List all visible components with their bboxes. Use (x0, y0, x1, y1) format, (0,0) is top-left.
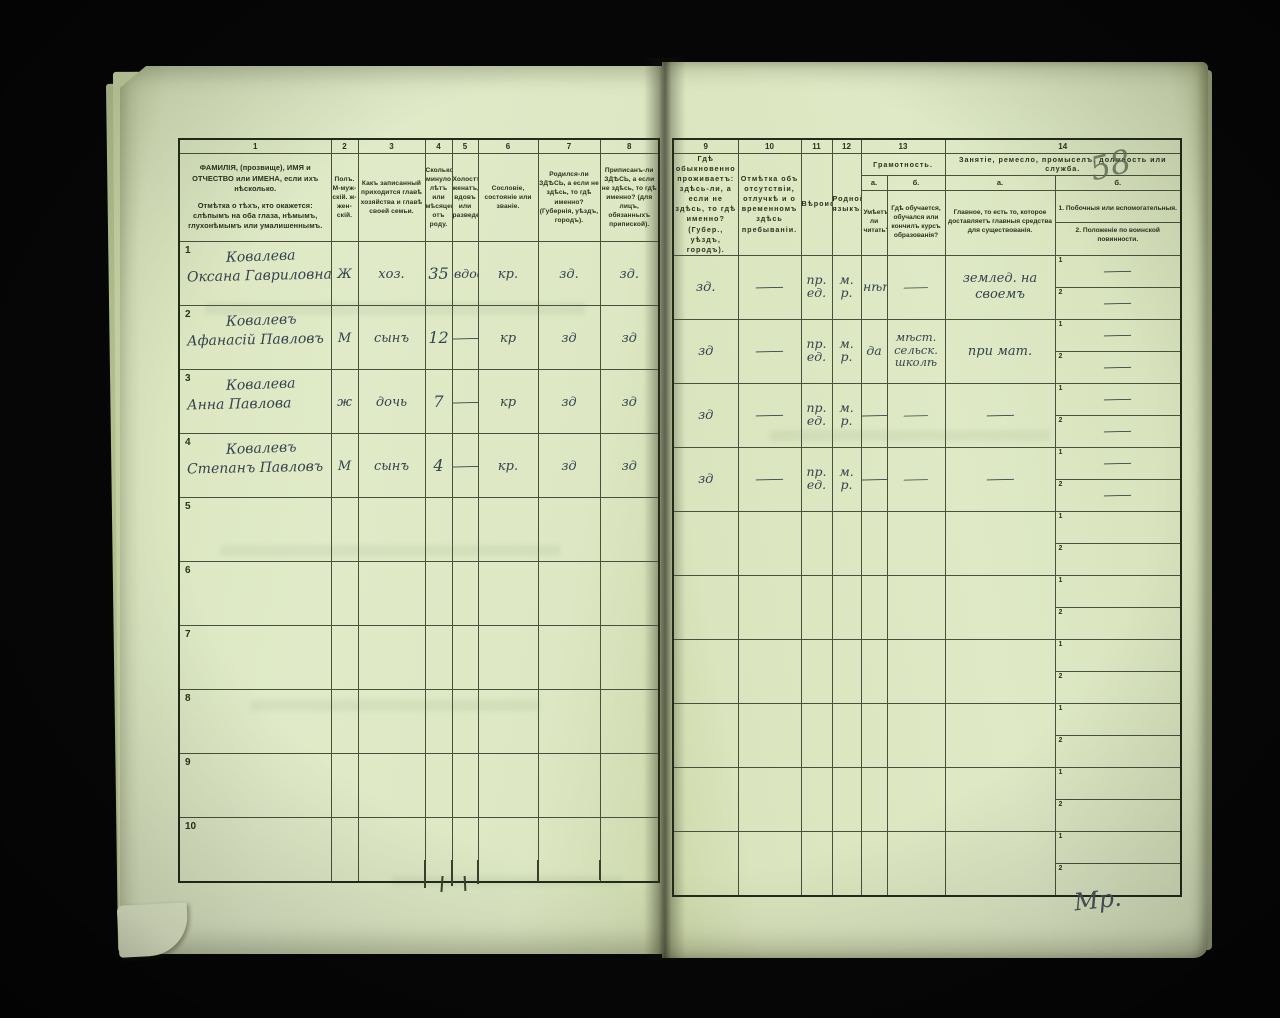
registration-value: зд. (620, 267, 639, 282)
relation-value: сынъ (374, 331, 409, 346)
residence-cell: зд. (673, 255, 738, 319)
registration-cell: зд (600, 370, 659, 434)
residence-cell: зд (673, 319, 738, 383)
side-occupation-line-1: 1 — (1056, 320, 1181, 352)
header-education: Гдѣ обучается, обучался или кончилъ курс… (887, 190, 945, 255)
language-value: м. р. (836, 401, 858, 427)
literacy-cell (861, 703, 887, 767)
marital-cell: вдова (452, 242, 478, 306)
absence-cell: — (738, 319, 801, 383)
row-number: 1 (185, 245, 191, 256)
col-num-10: 10 (738, 139, 801, 154)
registration-cell: зд (600, 434, 659, 498)
col-num-5: 5 (452, 139, 478, 154)
header-registration: Приписанъ-ли ЗДѢСЬ, а если не здѣсь, то … (600, 154, 659, 242)
relation-cell: сынъ (358, 434, 425, 498)
side-value-2: — (1102, 423, 1134, 439)
header-estate: Сословіе, состояніе или званіе. (478, 154, 538, 242)
given-name-handwritten (187, 758, 330, 761)
marital-cell (452, 690, 478, 754)
name-cell: 4 Ковалевъ Степанъ Павловъ (179, 434, 331, 498)
estate-value: кр (500, 395, 516, 410)
side-label-1: 1 (1059, 833, 1063, 840)
language-value: м. р. (836, 337, 858, 363)
col-num-13: 13 (861, 139, 945, 154)
header-sex: Полъ. М-муж-скій. ж-жен-скій. (331, 154, 358, 242)
age-value: 12 (428, 328, 448, 347)
age-value: 7 (433, 392, 443, 411)
absence-cell: — (738, 383, 801, 447)
table-row: 10 (179, 818, 659, 883)
surname-handwritten (226, 630, 330, 634)
side-occupation-cell: 1 2 (1055, 703, 1181, 767)
education-value: — (902, 281, 930, 294)
given-name-handwritten (187, 694, 330, 697)
header-can-read: Умѣетъ-ли читать? (861, 190, 887, 255)
side-label-2: 2 (1059, 737, 1063, 744)
col-num-3: 3 (358, 139, 425, 154)
literacy-value: — (861, 472, 887, 486)
side-occupation-line-1: 1 (1056, 704, 1181, 736)
religion-value: пр. ед. (806, 401, 828, 427)
left-table-header: 1 2 3 4 5 6 7 8 ФАМИЛІЯ, (прозвище), ИМЯ… (179, 139, 659, 242)
header-absence: Отмѣтка объ отсутствіи, отлучкѣ и о врем… (738, 154, 801, 256)
age-value: 4 (433, 456, 443, 475)
residence-cell: зд (673, 383, 738, 447)
estate-cell (478, 626, 538, 690)
religion-cell: пр. ед. (801, 447, 832, 511)
residence-cell (673, 511, 738, 575)
header-residence: Гдѣ обыкновенно проживаетъ: здѣсь-ли, а … (673, 154, 738, 256)
estate-cell: кр. (478, 434, 538, 498)
name-cell: 5 (179, 498, 331, 562)
absence-cell (738, 511, 801, 575)
sex-cell (331, 754, 358, 818)
literacy-cell: — (861, 383, 887, 447)
sex-cell (331, 690, 358, 754)
side-occupation-cell: 1 — 2 — (1055, 319, 1181, 383)
education-cell: — (887, 383, 945, 447)
header-side-occupation-1: 1. Побочныя или вспомогательныя. (1056, 197, 1181, 224)
literacy-cell (861, 831, 887, 896)
literacy-cell (861, 575, 887, 639)
religion-cell: пр. ед. (801, 255, 832, 319)
side-occupation-cell: 1 2 (1055, 511, 1181, 575)
language-cell: м. р. (832, 319, 861, 383)
surname-handwritten: Ковалевъ (226, 438, 331, 458)
side-label-2: 2 (1059, 609, 1063, 616)
residence-value: зд (698, 344, 713, 359)
relation-cell: дочь (358, 370, 425, 434)
sex-value: М (338, 331, 351, 346)
sex-cell (331, 498, 358, 562)
side-occupation-line-1: 1 (1056, 640, 1181, 672)
age-cell: 35 (425, 242, 452, 306)
residence-cell (673, 575, 738, 639)
literacy-cell (861, 639, 887, 703)
side-occupation-line-1: 1 (1056, 768, 1181, 800)
side-occupation-line-2: 2 — (1056, 480, 1181, 511)
side-label-2: 2 (1059, 865, 1063, 872)
estate-cell: кр (478, 370, 538, 434)
absence-value: — (754, 408, 786, 424)
estate-cell: кр. (478, 242, 538, 306)
absence-value: — (754, 472, 786, 488)
column-header-row: ФАМИЛІЯ, (прозвище), ИМЯ и ОТЧЕСТВО или … (179, 154, 659, 242)
literacy-a-label: а. (861, 175, 887, 190)
header-birthplace: Родился-ли ЗДѢСЬ, а если не здѣсь, то гд… (538, 154, 600, 242)
residence-cell (673, 639, 738, 703)
relation-value: сынъ (374, 459, 409, 474)
sex-cell (331, 626, 358, 690)
surname-handwritten (226, 694, 330, 698)
education-value: — (902, 473, 930, 486)
rule-extension (424, 860, 426, 888)
residence-cell (673, 703, 738, 767)
literacy-cell (861, 511, 887, 575)
occupation-cell: — (945, 383, 1055, 447)
table-row: зд. — пр. ед. м. р. нѣтъ — землед. на св… (673, 255, 1181, 319)
language-cell (832, 511, 861, 575)
occupation-a-label: а. (945, 175, 1055, 190)
relation-value: хоз. (378, 267, 404, 282)
occupation-value: — (984, 472, 1016, 489)
row-number: 9 (185, 757, 191, 768)
language-cell: м. р. (832, 255, 861, 319)
age-cell (425, 754, 452, 818)
registration-value: зд (622, 459, 637, 474)
header-name-column: ФАМИЛІЯ, (прозвище), ИМЯ и ОТЧЕСТВО или … (179, 154, 331, 242)
side-occupation-line-1: 1 — (1056, 384, 1181, 416)
education-cell: — (887, 447, 945, 511)
side-label-1: 1 (1059, 385, 1063, 392)
side-occupation-line-2: 2 — (1056, 416, 1181, 447)
col-num-9: 9 (673, 139, 738, 154)
marital-cell (452, 562, 478, 626)
left-table-body: 1 Ковалева Оксана Гавриловна Ж хоз. 35 в… (179, 242, 659, 883)
education-cell (887, 703, 945, 767)
education-cell (887, 575, 945, 639)
rule-extension (451, 860, 453, 886)
side-occupation-cell: 1 — 2 — (1055, 255, 1181, 319)
sex-cell: Ж (331, 242, 358, 306)
absence-value: — (754, 280, 786, 296)
age-cell (425, 818, 452, 883)
name-cell: 7 (179, 626, 331, 690)
table-row: зд — пр. ед. м. р. да мѣст. сельск. школ… (673, 319, 1181, 383)
side-occupation-cell: 1 — 2 — (1055, 383, 1181, 447)
header-name-line2: Отмѣтка о тѣхъ, кто окажется: слѣпымъ на… (187, 201, 324, 232)
side-value-1: — (1102, 263, 1134, 279)
header-age: Сколько минуло лѣтъ или мѣсяцевъ отъ род… (425, 154, 452, 242)
birthplace-value: зд. (559, 267, 578, 282)
table-row: 1 2 (673, 575, 1181, 639)
given-name-handwritten (187, 630, 330, 633)
sex-cell: М (331, 306, 358, 370)
row-number: 4 (185, 437, 191, 448)
birthplace-cell (538, 818, 600, 883)
occupation-value: — (984, 408, 1016, 425)
registration-value: зд (622, 395, 637, 410)
col-num-14: 14 (945, 139, 1181, 154)
language-cell (832, 575, 861, 639)
absence-cell: — (738, 447, 801, 511)
birthplace-value: зд (561, 331, 576, 346)
column-number-row: 1 2 3 4 5 6 7 8 (179, 139, 659, 154)
occupation-cell (945, 575, 1055, 639)
birthplace-cell (538, 562, 600, 626)
name-cell: 2 Ковалевъ Афанасій Павловъ (179, 306, 331, 370)
language-cell (832, 703, 861, 767)
literacy-b-label: б. (887, 175, 945, 190)
marital-value: — (452, 330, 478, 344)
side-label-2: 2 (1059, 289, 1063, 296)
marital-value: вдова (454, 267, 476, 280)
side-occupation-line-1: 1 (1056, 576, 1181, 608)
side-label-2: 2 (1059, 481, 1063, 488)
religion-value: пр. ед. (806, 465, 828, 491)
side-label-2: 2 (1059, 417, 1063, 424)
table-row: 1 2 (673, 703, 1181, 767)
name-cell: 10 (179, 818, 331, 883)
birthplace-cell: зд (538, 370, 600, 434)
religion-cell (801, 575, 832, 639)
header-religion: Вѣроисповѣданіе. (801, 154, 832, 256)
birthplace-cell (538, 754, 600, 818)
surname-handwritten (226, 502, 330, 506)
registration-value: зд (622, 331, 637, 346)
table-row: 3 Ковалева Анна Павлова ж дочь 7 — кр зд… (179, 370, 659, 434)
literacy-value: да (866, 344, 881, 357)
side-label-1: 1 (1059, 321, 1063, 328)
side-label-2: 2 (1059, 353, 1063, 360)
name-cell: 6 (179, 562, 331, 626)
table-row: 9 (179, 754, 659, 818)
sex-cell (331, 562, 358, 626)
surname-handwritten (226, 822, 330, 826)
estate-cell (478, 690, 538, 754)
language-cell (832, 639, 861, 703)
table-row: 1 2 (673, 767, 1181, 831)
table-row: 5 (179, 498, 659, 562)
language-cell: м. р. (832, 383, 861, 447)
age-cell (425, 562, 452, 626)
relation-cell (358, 754, 425, 818)
row-number: 10 (185, 821, 196, 832)
sex-value: Ж (337, 267, 352, 282)
education-cell (887, 639, 945, 703)
table-row: 1 Ковалева Оксана Гавриловна Ж хоз. 35 в… (179, 242, 659, 306)
relation-cell (358, 498, 425, 562)
side-value-1: — (1102, 391, 1134, 407)
relation-value: дочь (376, 395, 407, 410)
side-occupation-line-1: 1 (1056, 832, 1181, 864)
literacy-cell: да (861, 319, 887, 383)
literacy-value: нѣтъ (863, 280, 885, 293)
occupation-cell (945, 767, 1055, 831)
occupation-cell: при мат. (945, 319, 1055, 383)
birthplace-cell: зд. (538, 242, 600, 306)
estate-value: кр. (498, 267, 518, 282)
religion-cell: пр. ед. (801, 319, 832, 383)
side-occupation-line-2: 2 (1056, 736, 1181, 767)
name-cell: 9 (179, 754, 331, 818)
language-cell: м. р. (832, 447, 861, 511)
age-cell: 7 (425, 370, 452, 434)
col-num-11: 11 (801, 139, 832, 154)
header-side-occupation-2: 2. Положеніе по воинской повинности. (1056, 223, 1181, 249)
sex-value: М (338, 459, 351, 474)
residence-value: зд (698, 408, 713, 423)
education-cell (887, 831, 945, 896)
marital-value: — (452, 458, 478, 472)
registration-cell: зд (600, 306, 659, 370)
relation-cell (358, 562, 425, 626)
age-cell (425, 498, 452, 562)
surname-handwritten: Ковалева (226, 374, 331, 394)
birthplace-cell: зд (538, 434, 600, 498)
given-name-handwritten (187, 502, 330, 505)
name-cell: 8 (179, 690, 331, 754)
language-value: м. р. (836, 465, 858, 491)
row-number: 3 (185, 373, 191, 384)
literacy-cell (861, 767, 887, 831)
census-table-left: 1 2 3 4 5 6 7 8 ФАМИЛІЯ, (прозвище), ИМЯ… (178, 138, 660, 883)
marital-cell (452, 818, 478, 883)
age-cell (425, 626, 452, 690)
absence-cell (738, 767, 801, 831)
occupation-cell (945, 831, 1055, 896)
table-row: 1 2 (673, 511, 1181, 575)
relation-cell (358, 626, 425, 690)
surname-handwritten (226, 758, 330, 762)
header-language: Родной языкъ. (832, 154, 861, 256)
side-label-2: 2 (1059, 673, 1063, 680)
side-label-1: 1 (1059, 513, 1063, 520)
education-value: — (902, 409, 930, 422)
marital-cell: — (452, 306, 478, 370)
language-cell (832, 831, 861, 896)
row-number: 2 (185, 309, 191, 320)
absence-cell (738, 639, 801, 703)
side-occupation-line-2: 2 (1056, 800, 1181, 831)
given-name-handwritten: Афанасій Павловъ (187, 330, 331, 349)
side-occupation-line-1: 1 — (1056, 256, 1181, 288)
table-row: 8 (179, 690, 659, 754)
registration-cell (600, 498, 659, 562)
birthplace-cell (538, 626, 600, 690)
marital-cell: — (452, 370, 478, 434)
occupation-value: при мат. (968, 344, 1032, 360)
given-name-handwritten: Анна Павлова (187, 394, 331, 413)
table-row: 7 (179, 626, 659, 690)
residence-value: зд (698, 472, 713, 487)
side-value-2: — (1102, 295, 1134, 311)
residence-value: зд. (696, 280, 715, 295)
age-cell (425, 690, 452, 754)
surname-handwritten: Ковалевъ (226, 310, 331, 330)
language-value: м. р. (836, 273, 858, 299)
side-label-1: 1 (1059, 257, 1063, 264)
side-occupation-line-2: 2 (1056, 544, 1181, 575)
registration-cell: зд. (600, 242, 659, 306)
census-table-right: 9 10 11 12 13 14 Гдѣ обыкновенно прожива… (672, 138, 1182, 897)
estate-value: кр. (498, 459, 518, 474)
row-number: 7 (185, 629, 191, 640)
side-label-2: 2 (1059, 801, 1063, 808)
row-number: 8 (185, 693, 191, 704)
marital-value: — (452, 394, 478, 408)
side-occupation-line-2: 2 (1056, 608, 1181, 639)
right-table-body: зд. — пр. ед. м. р. нѣтъ — землед. на св… (673, 255, 1181, 896)
surname-handwritten (226, 566, 330, 570)
residence-cell (673, 831, 738, 896)
birthplace-value: зд (561, 459, 576, 474)
table-row: зд — пр. ед. м. р. — — — 1 — 2 — (673, 447, 1181, 511)
side-value-2: — (1102, 487, 1134, 503)
relation-cell: сынъ (358, 306, 425, 370)
absence-cell (738, 703, 801, 767)
registration-cell (600, 754, 659, 818)
marital-cell (452, 754, 478, 818)
estate-cell (478, 754, 538, 818)
rule-extension (599, 860, 601, 880)
absence-value: — (754, 344, 786, 360)
relation-cell: хоз. (358, 242, 425, 306)
enumerator-mark: Мр. (1073, 884, 1123, 917)
sex-cell: М (331, 434, 358, 498)
side-occupation-cell: 1 — 2 — (1055, 447, 1181, 511)
marital-cell: — (452, 434, 478, 498)
language-cell (832, 767, 861, 831)
absence-cell (738, 831, 801, 896)
religion-value: пр. ед. (806, 337, 828, 363)
registration-cell (600, 818, 659, 883)
side-occupation-line-2: 2 — (1056, 352, 1181, 383)
given-name-handwritten (187, 822, 330, 825)
side-value-1: — (1102, 455, 1134, 471)
literacy-cell: нѣтъ (861, 255, 887, 319)
side-occupation-cell: 1 2 (1055, 575, 1181, 639)
residence-cell: зд (673, 447, 738, 511)
religion-cell: пр. ед. (801, 383, 832, 447)
side-label-1: 1 (1059, 449, 1063, 456)
table-row: 2 Ковалевъ Афанасій Павловъ М сынъ 12 — … (179, 306, 659, 370)
birthplace-cell: зд (538, 306, 600, 370)
col-num-8: 8 (600, 139, 659, 154)
side-label-1: 1 (1059, 577, 1063, 584)
col-num-12: 12 (832, 139, 861, 154)
table-row: 4 Ковалевъ Степанъ Павловъ М сынъ 4 — кр… (179, 434, 659, 498)
header-name-line1: ФАМИЛІЯ, (прозвище), ИМЯ и ОТЧЕСТВО или … (187, 163, 324, 194)
age-cell: 12 (425, 306, 452, 370)
side-label-1: 1 (1059, 769, 1063, 776)
estate-cell (478, 498, 538, 562)
given-name-handwritten: Степанъ Павловъ (187, 458, 331, 477)
header-literacy-title: Грамотность. (861, 154, 945, 176)
side-label-1: 1 (1059, 641, 1063, 648)
sex-cell (331, 818, 358, 883)
side-occupation-line-1: 1 — (1056, 448, 1181, 480)
literacy-value: — (861, 408, 887, 422)
absence-cell (738, 575, 801, 639)
relation-cell (358, 690, 425, 754)
col-num-2: 2 (331, 139, 358, 154)
estate-cell (478, 818, 538, 883)
side-label-1: 1 (1059, 705, 1063, 712)
header-marital: Холостъ, женатъ, вдовъ или разведенъ. (452, 154, 478, 242)
rule-extension (537, 860, 539, 882)
